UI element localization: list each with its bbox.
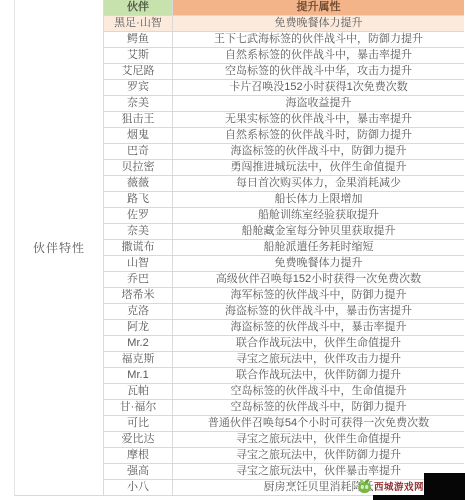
- black-corner: [424, 473, 465, 500]
- partner-cell: 阿龙: [103, 320, 173, 336]
- attribute-cell: 普通伙伴召唤每54个小时可获得一次免费次数: [172, 416, 464, 432]
- attribute-cell: 无果实标签的伙伴战斗中，暴击率提升: [172, 112, 464, 128]
- attribute-cell: 海盗标签的伙伴战斗中，暴击率提升: [172, 320, 464, 336]
- attribute-cell: 自然系标签的伙伴战斗时，防御力提升: [172, 128, 464, 144]
- row-group-label: 伙伴特性: [33, 239, 85, 256]
- table-row: 瓦帕空岛标签的伙伴战斗中，生命值提升: [103, 384, 465, 400]
- table-row: 克洛海盗标签的伙伴战斗中，暴击伤害提升: [103, 304, 465, 320]
- table-row: 奈美船舱藏金室每分钟贝里获取提升: [103, 224, 465, 240]
- partner-cell: Mr.2: [103, 336, 173, 352]
- table-row: 福克斯寻宝之旅玩法中，伙伴攻击力提升: [103, 352, 465, 368]
- attribute-cell: 寻宝之旅玩法中，伙伴攻击力提升: [172, 352, 464, 368]
- table-row: 艾尼路空岛标签的伙伴战斗中华，攻击力提升: [103, 64, 465, 80]
- partner-cell: 奈美: [103, 224, 173, 240]
- attribute-cell: 船舱藏金室每分钟贝里获取提升: [172, 224, 464, 240]
- attribute-cell: 海盗标签的伙伴战斗中，暴击伤害提升: [172, 304, 464, 320]
- attribute-cell: 王下七武海标签的伙伴战斗中，防御力提升: [172, 32, 464, 48]
- table-row: 贝拉密勇闯推进城玩法中，伙伴生命值提升: [103, 160, 465, 176]
- column-header-attribute: 提升属性: [172, 0, 464, 16]
- sprout-icon: [356, 477, 373, 494]
- table-row: 奈美海盗收益提升: [103, 96, 465, 112]
- partner-cell: 甘·福尔: [103, 400, 173, 416]
- attribute-cell: 船舱训练室经验获取提升: [172, 208, 464, 224]
- site-watermark: 西城游戏网: [356, 476, 424, 495]
- partner-cell: 爱比达: [103, 432, 173, 448]
- guide-table-screenshot: 伙伴特性 伙伴 提升属性 黑足·山智免费晚餐体力提升鳄鱼王下七武海标签的伙伴战斗…: [0, 0, 465, 500]
- attribute-cell: 船舱派遣任务耗时缩短: [172, 240, 464, 256]
- partner-cell: 塔希米: [103, 288, 173, 304]
- partner-cell: 福克斯: [103, 352, 173, 368]
- table-row: Mr.1联合作战玩法中，伙伴防御力提升: [103, 368, 465, 384]
- partner-cell: 艾尼路: [103, 64, 173, 80]
- table-row: 佐罗船舱训练室经验获取提升: [103, 208, 465, 224]
- partner-cell: 贝拉密: [103, 160, 173, 176]
- partner-cell: 佐罗: [103, 208, 173, 224]
- attribute-cell: 自然系标签的伙伴战斗中，暴击率提升: [172, 48, 464, 64]
- table-row: 山智免费晚餐体力提升: [103, 256, 465, 272]
- table-header-row: 伙伴 提升属性: [103, 0, 465, 16]
- partner-cell: 撒谎布: [103, 240, 173, 256]
- table-body: 黑足·山智免费晚餐体力提升鳄鱼王下七武海标签的伙伴战斗中，防御力提升艾斯自然系标…: [103, 16, 465, 496]
- row-group-label-cell: 伙伴特性: [14, 0, 103, 496]
- table-row: 黑足·山智免费晚餐体力提升: [103, 16, 465, 32]
- table-row: 路飞船长体力上限增加: [103, 192, 465, 208]
- partner-cell: 山智: [103, 256, 173, 272]
- table-row: 巴奇海盗标签的伙伴战斗中，防御力提升: [103, 144, 465, 160]
- table-row: 艾斯自然系标签的伙伴战斗中，暴击率提升: [103, 48, 465, 64]
- partner-cell: Mr.1: [103, 368, 173, 384]
- attribute-cell: 海盗收益提升: [172, 96, 464, 112]
- partner-cell: 克洛: [103, 304, 173, 320]
- attribute-cell: 空岛标签的伙伴战斗中华，攻击力提升: [172, 64, 464, 80]
- attribute-cell: 联合作战玩法中，伙伴防御力提升: [172, 368, 464, 384]
- partner-cell: 摩根: [103, 448, 173, 464]
- table-row: 撒谎布船舱派遣任务耗时缩短: [103, 240, 465, 256]
- column-header-partner: 伙伴: [103, 0, 173, 16]
- table-row: Mr.2联合作战玩法中，伙伴生命值提升: [103, 336, 465, 352]
- watermark-text: 西城游戏网: [374, 479, 424, 493]
- attribute-cell: 海军标签的伙伴战斗中，防御力提升: [172, 288, 464, 304]
- partner-cell: 烟鬼: [103, 128, 173, 144]
- partner-cell: 艾斯: [103, 48, 173, 64]
- partner-cell: 奈美: [103, 96, 173, 112]
- attribute-cell: 每日首次购买体力，金果消耗减少: [172, 176, 464, 192]
- table-row: 罗宾卡片召唤没152小时获得1次免费次数: [103, 80, 465, 96]
- partner-cell: 罗宾: [103, 80, 173, 96]
- partner-cell: 路飞: [103, 192, 173, 208]
- table-row: 甘·福尔空岛标签的伙伴战斗中，防御力提升: [103, 400, 465, 416]
- table-row: 爱比达寻宝之旅玩法中，伙伴生命值提升: [103, 432, 465, 448]
- attribute-cell: 高级伙伴召唤每152小时获得一次免费次数: [172, 272, 464, 288]
- partner-cell: 强高: [103, 464, 173, 480]
- table-row: 摩根寻宝之旅玩法中，伙伴防御力提升: [103, 448, 465, 464]
- attribute-cell: 寻宝之旅玩法中，伙伴生命值提升: [172, 432, 464, 448]
- table-row: 阿龙海盗标签的伙伴战斗中，暴击率提升: [103, 320, 465, 336]
- table-row: 狙击王无果实标签的伙伴战斗中，暴击率提升: [103, 112, 465, 128]
- partner-cell: 黑足·山智: [103, 16, 173, 32]
- partner-cell: 薇薇: [103, 176, 173, 192]
- partner-cell: 瓦帕: [103, 384, 173, 400]
- attribute-cell: 联合作战玩法中，伙伴生命值提升: [172, 336, 464, 352]
- partner-cell: 小八: [103, 480, 173, 496]
- partner-cell: 可比: [103, 416, 173, 432]
- partner-cell: 鳄鱼: [103, 32, 173, 48]
- attribute-cell: 卡片召唤没152小时获得1次免费次数: [172, 80, 464, 96]
- table-row: 烟鬼自然系标签的伙伴战斗时，防御力提升: [103, 128, 465, 144]
- attribute-cell: 船长体力上限增加: [172, 192, 464, 208]
- table-row: 乔巴高级伙伴召唤每152小时获得一次免费次数: [103, 272, 465, 288]
- table-row: 鳄鱼王下七武海标签的伙伴战斗中，防御力提升: [103, 32, 465, 48]
- partner-cell: 狙击王: [103, 112, 173, 128]
- attribute-cell: 空岛标签的伙伴战斗中，生命值提升: [172, 384, 464, 400]
- attribute-cell: 寻宝之旅玩法中，伙伴防御力提升: [172, 448, 464, 464]
- attribute-cell: 海盗标签的伙伴战斗中，防御力提升: [172, 144, 464, 160]
- attribute-cell: 免费晚餐体力提升: [172, 16, 464, 32]
- table-row: 塔希米海军标签的伙伴战斗中，防御力提升: [103, 288, 465, 304]
- attribute-cell: 免费晚餐体力提升: [172, 256, 464, 272]
- partner-cell: 巴奇: [103, 144, 173, 160]
- attribute-cell: 勇闯推进城玩法中，伙伴生命值提升: [172, 160, 464, 176]
- partner-cell: 乔巴: [103, 272, 173, 288]
- table-row: 可比普通伙伴召唤每54个小时可获得一次免费次数: [103, 416, 465, 432]
- partners-table: 伙伴 提升属性 黑足·山智免费晚餐体力提升鳄鱼王下七武海标签的伙伴战斗中，防御力…: [103, 0, 465, 496]
- attribute-cell: 空岛标签的伙伴战斗中，防御力提升: [172, 400, 464, 416]
- table-row: 薇薇每日首次购买体力，金果消耗减少: [103, 176, 465, 192]
